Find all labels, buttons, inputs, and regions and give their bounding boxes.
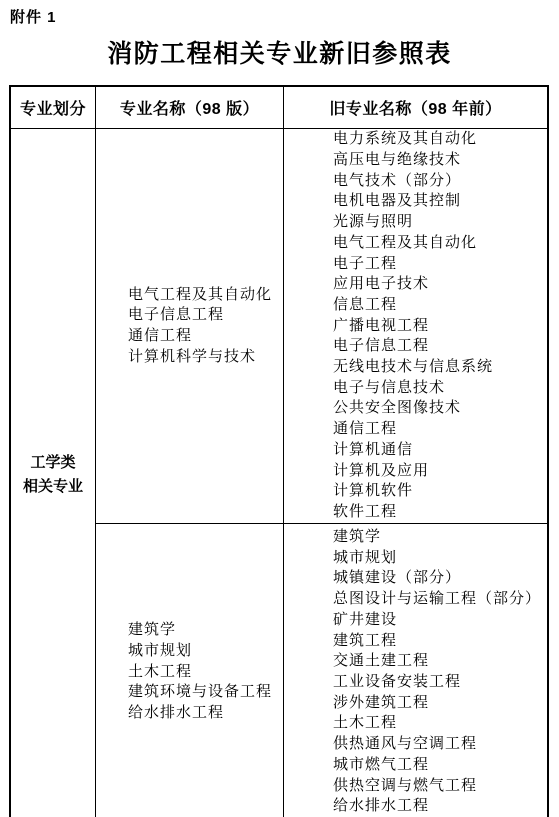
attachment-label: 附件 1	[10, 6, 559, 27]
page-title: 消防工程相关专业新旧参照表	[0, 34, 559, 70]
category-cell-engineering: 工学类 相关专业	[11, 128, 95, 817]
reference-table: 专业划分 专业名称（98 版） 旧专业名称（98 年前） 工学类 相关专业 电气…	[9, 85, 549, 817]
majors-98-group1: 电气工程及其自动化 电子信息工程 通信工程 计算机科学与技术	[95, 128, 283, 523]
majors-98-group2: 建筑学 城市规划 土木工程 建筑环境与设备工程 给水排水工程	[95, 523, 283, 817]
header-old-major-name: 旧专业名称（98 年前）	[283, 87, 547, 128]
header-major-name-98: 专业名称（98 版）	[95, 87, 283, 128]
header-category: 专业划分	[11, 87, 95, 128]
old-majors-group1: 电力系统及其自动化 高压电与绝缘技术 电气技术（部分） 电机电器及其控制 光源与…	[283, 128, 547, 523]
old-majors-group2: 建筑学 城市规划 城镇建设（部分） 总图设计与运输工程（部分） 矿井建设 建筑工…	[283, 523, 547, 817]
